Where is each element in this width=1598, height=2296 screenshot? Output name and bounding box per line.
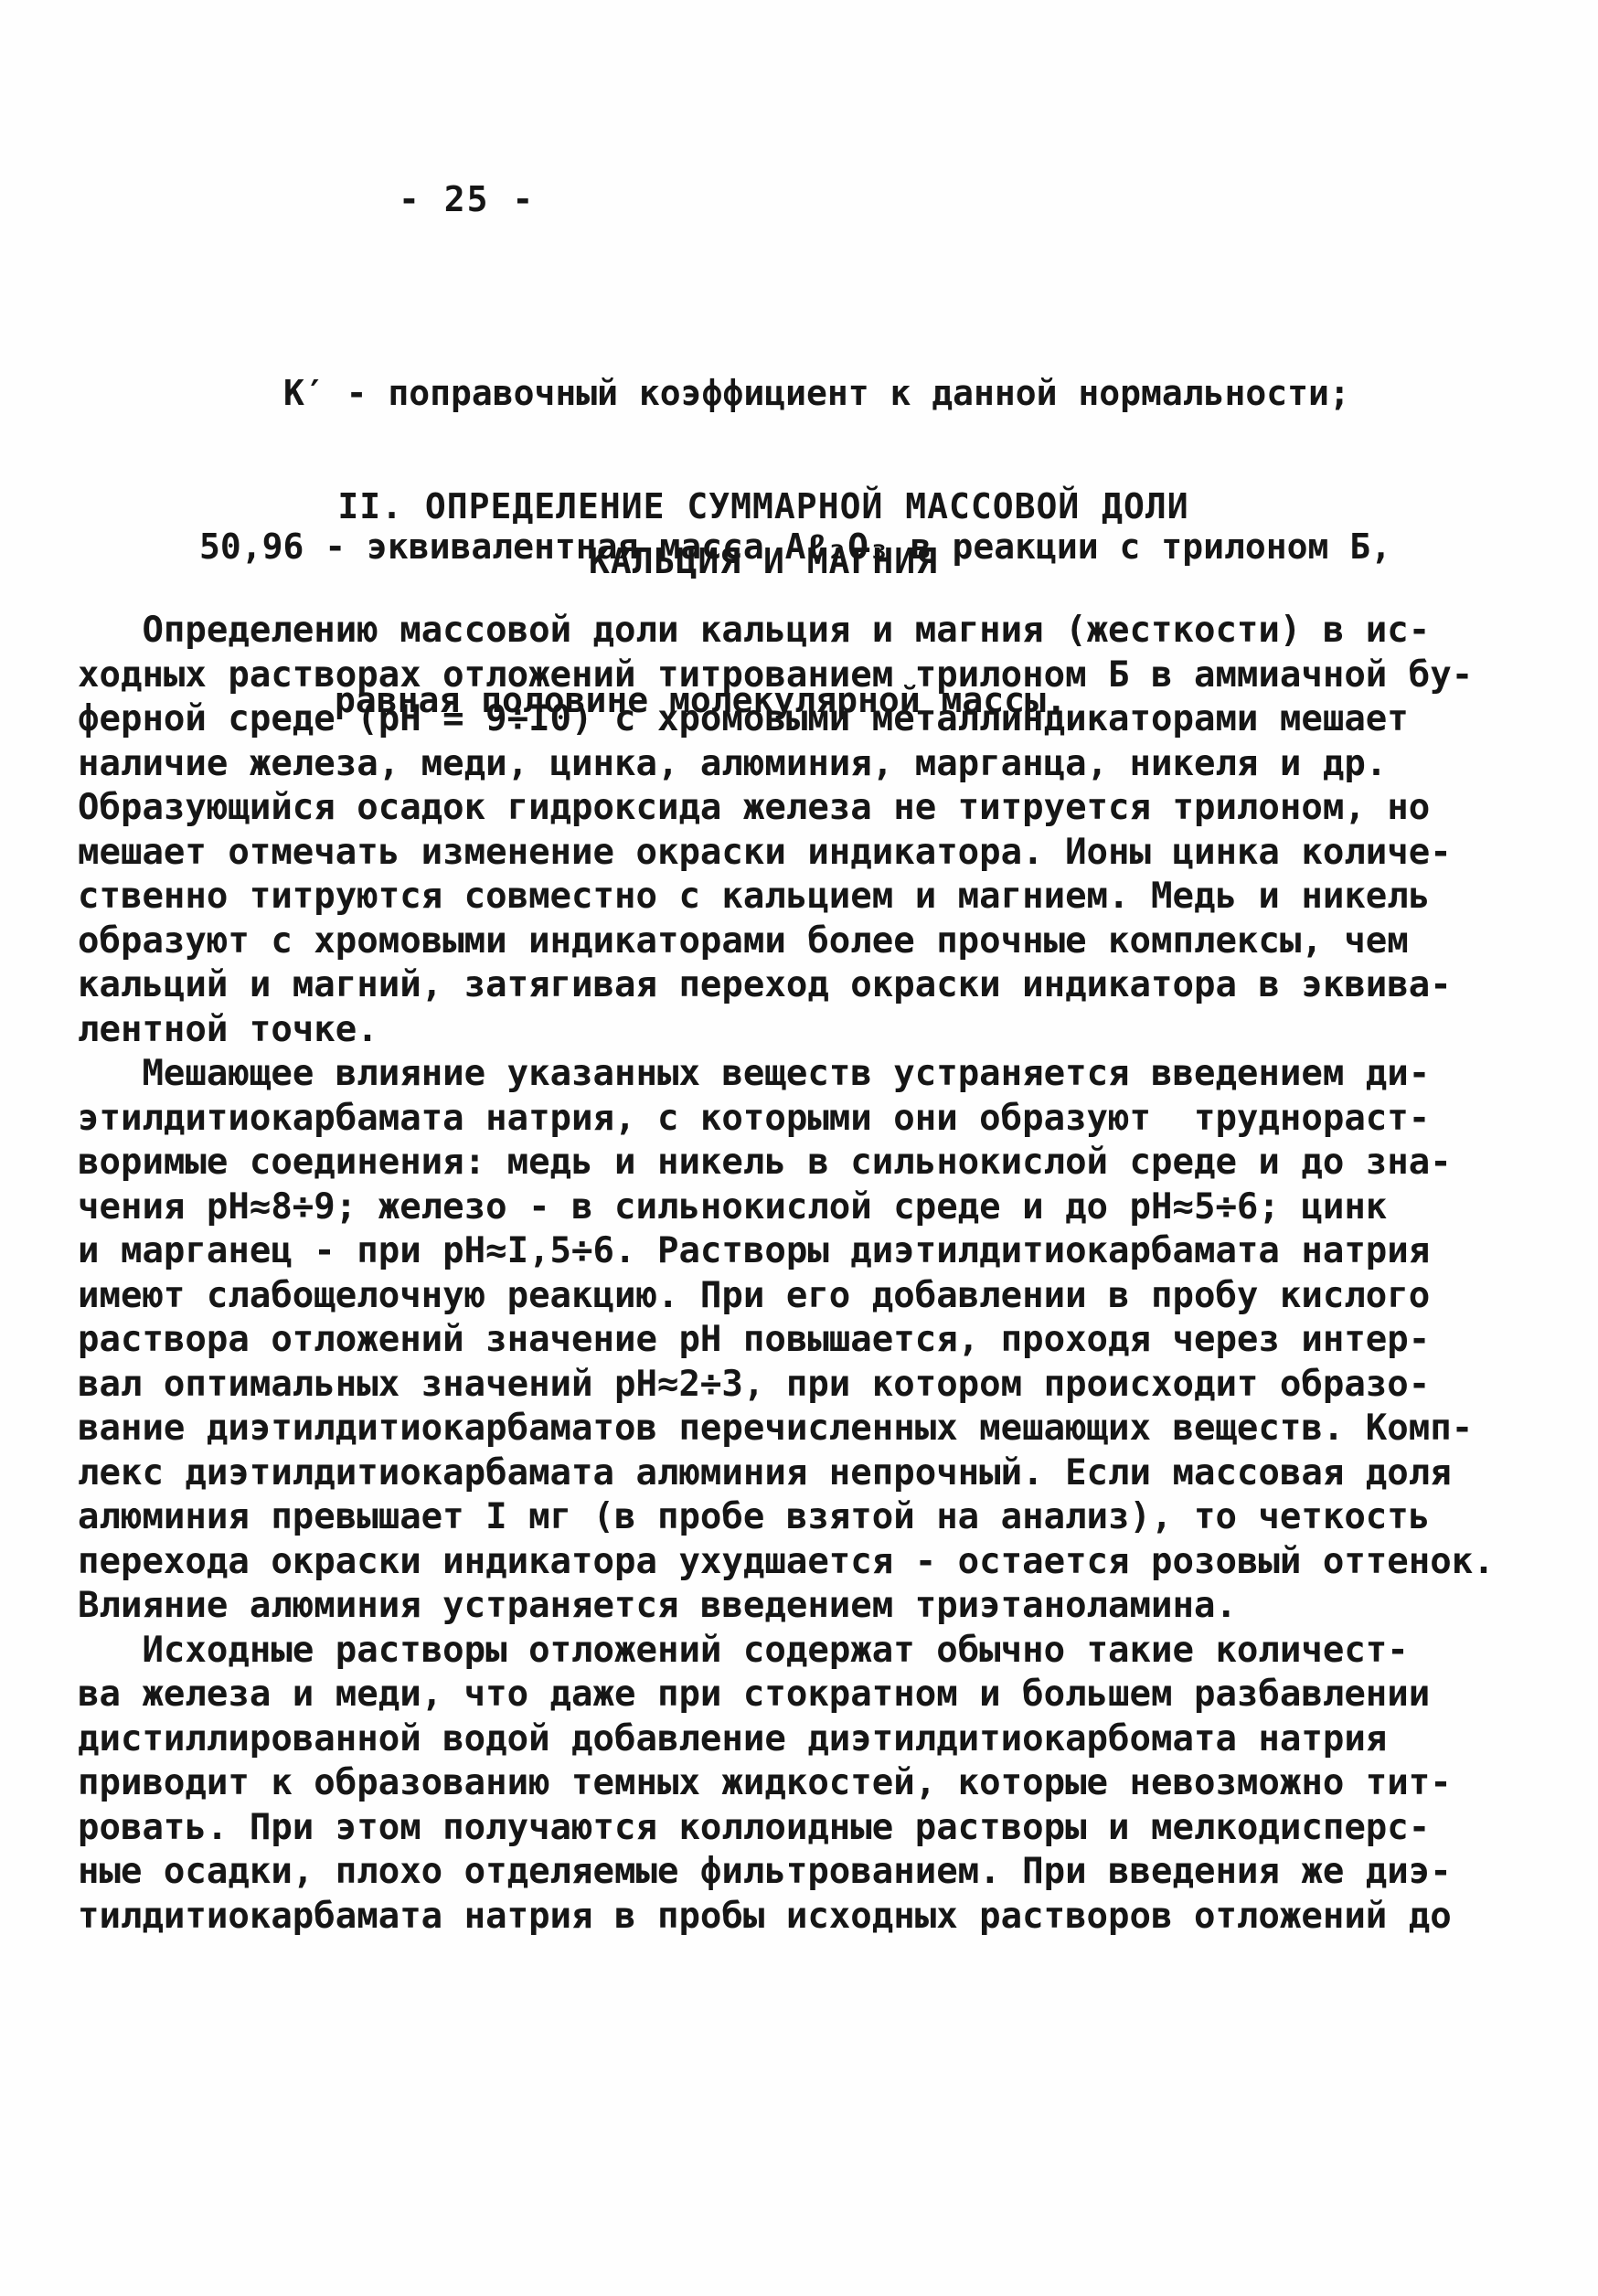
paragraph-diethyldithiocarbamate: Мешающее влияние указанных веществ устра…	[78, 1052, 1540, 1629]
section-heading-line2: КАЛЬЦИЯ И МАГНИЯ	[589, 541, 938, 581]
document-page: - 25 - K′ - поправочный коэффициент к да…	[0, 0, 1598, 2296]
section-heading-line1: II. ОПРЕДЕЛЕНИЕ СУММАРНОЙ МАССОВОЙ ДОЛИ	[337, 486, 1188, 526]
paragraph-initial-solutions: Исходные растворы отложений содержат обы…	[78, 1629, 1540, 1940]
paragraph-interfering-elements: Определению массовой доли кальция и магн…	[78, 609, 1540, 1052]
section-heading: II. ОПРЕДЕЛЕНИЕ СУММАРНОЙ МАССОВОЙ ДОЛИ …	[78, 479, 1449, 589]
page-number: - 25 -	[399, 179, 535, 219]
body-text: Определению массовой доли кальция и магн…	[78, 609, 1540, 1939]
definition-k-coefficient: K′ - поправочный коэффициент к данной но…	[283, 367, 1554, 419]
